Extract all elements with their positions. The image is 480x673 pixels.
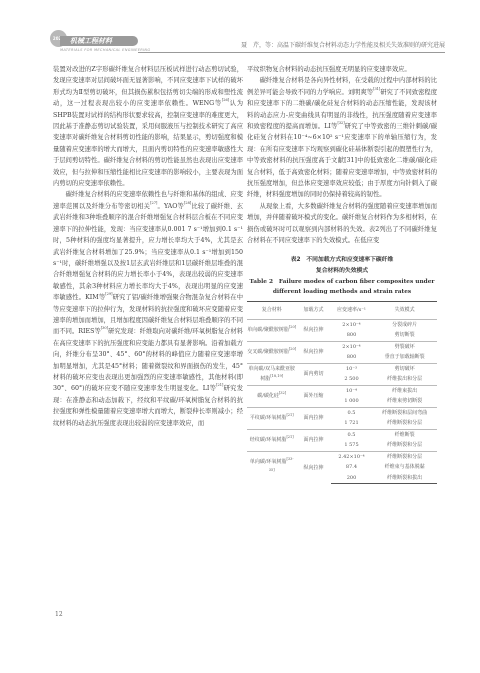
strain-rate-cell: 0.5 [331, 407, 373, 418]
failure-mode-cell: 纤维断裂和分层 [372, 418, 437, 429]
column-header: 复合材料 [247, 301, 296, 319]
failure-mode-cell: 剪切破坏 [372, 363, 437, 374]
paragraph: 从现象上看，大多数碳纤维复合材料的强度随着应变速率增加而增加，并伴随着破坏模式的… [247, 201, 437, 247]
loading-cell: 面内拉伸 [296, 407, 330, 429]
failure-mode-cell: 纤维束拔出 [372, 385, 437, 396]
journal-english-name: MATERIALS FOR MECHANICAL ENGINEERING [60, 48, 151, 52]
right-column: 平纹织物复合材料的动态抗压强度无明显的应变速率效应。 碳纤维复合材料是各向异性材… [247, 64, 437, 484]
citation[interactable]: [32] [337, 121, 344, 125]
citation[interactable]: [32] [279, 391, 286, 395]
material-cell: 单向碳/聚酰胺树脂[20] [247, 319, 296, 341]
table-caption-en: Table 2 Failure modes of carbon fiber co… [247, 277, 437, 298]
strain-rate-cell: 2×10⁻⁴ [331, 341, 373, 352]
strain-rate-cell: 2 500 [331, 374, 373, 385]
failure-mode-cell: 纤维断裂和层间弯曲 [372, 407, 437, 418]
material-cell: 交叉碳/聚酰胺树脂[20] [247, 341, 296, 363]
strain-rate-cell: 1 000 [331, 396, 373, 407]
failure-mode-cell: 垂直于加载轴断裂 [372, 352, 437, 363]
paragraph: 碳纤维复合材料的应变速率依赖性也与纤维和基体的组成、应变速率范围以及纤维分布等密… [53, 189, 243, 429]
table-row: 交叉碳/聚酰胺树脂[20]纵向拉伸2×10⁻⁴劈裂破坏 [247, 341, 437, 352]
strain-rate-cell: 10⁻⁴ [331, 385, 373, 396]
loading-cell: 纵向拉伸 [296, 451, 330, 484]
failure-mode-cell: 分裂成碎片 [372, 319, 437, 330]
column-header: 加载方式 [296, 301, 330, 319]
citation[interactable]: [30] [101, 326, 108, 330]
failure-mode-cell: 纤维断裂和分层 [372, 440, 437, 451]
material-cell: 碳/碳化硅[32] [247, 385, 296, 407]
table-row: 单向碳/环氧树脂[33-35]纵向拉伸2.42×10⁻⁴纤维断裂和分层 [247, 451, 437, 462]
failure-mode-cell: 纤维断裂和拔出 [372, 473, 437, 484]
failure-mode-cell: 纤维拔出和分层 [372, 374, 437, 385]
material-cell: 平纹碳/环氧树脂[21] [247, 407, 296, 429]
loading-cell: 纵向拉伸 [296, 341, 330, 363]
left-column: 装置对改进的Z字形碳纤维复合材料层压板试样进行动态剪切试验，发现应变速率对层间破… [53, 64, 243, 429]
loading-cell: 纵向拉伸 [296, 319, 330, 341]
failure-mode-cell: 剪切断裂 [372, 330, 437, 341]
citation[interactable]: [28] [184, 201, 191, 205]
table-row: 经纹碳/环氧树脂[21]面内拉伸0.5纤维断裂 [247, 429, 437, 440]
strain-rate-cell: 0.5 [331, 429, 373, 440]
citation[interactable]: [21] [216, 383, 223, 387]
table-caption-cn: 表2 不同加载方式和应变速率下碳纤维 复合材料的失效模式 [247, 255, 437, 277]
column-header: 应变速率/s⁻¹ [331, 301, 373, 319]
header-rule [138, 52, 445, 53]
failure-mode-cell: 纤维束剪切断裂 [372, 396, 437, 407]
paragraph: 装置对改进的Z字形碳纤维复合材料层压板试样进行动态剪切试验，发现应变速率对层间破… [53, 64, 243, 189]
strain-rate-cell: 1 721 [331, 418, 373, 429]
failure-mode-cell: 劈裂破坏 [372, 341, 437, 352]
table-row: 单向碳/聚酰胺树脂[20]纵向拉伸2×10⁻⁴分裂成碎片 [247, 319, 437, 330]
paragraph: 碳纤维复合材料是各向异性材料，在受载的过程中内部材料的比例差异可能会导致不同的力… [247, 75, 437, 200]
citation[interactable]: [20] [289, 347, 296, 351]
material-cell: 单向碳/环氧树脂[33-35] [247, 451, 296, 484]
failure-mode-cell: 纤维断裂和分层 [372, 451, 437, 462]
material-cell: 经纹碳/环氧树脂[21] [247, 429, 296, 451]
citation[interactable]: [29] [105, 292, 112, 296]
table-row: 单向碳/双马来酰亚胺树脂[18,19]面内剪切10⁻³剪切破坏 [247, 363, 437, 374]
failure-modes-table: 复合材料 加载方式 应变速率/s⁻¹ 失效模式 单向碳/聚酰胺树脂[20]纵向拉… [247, 301, 437, 485]
strain-rate-cell: 2.42×10⁻⁴ [331, 451, 373, 462]
column-header: 失效模式 [372, 301, 437, 319]
paragraph: 平纹织物复合材料的动态抗压强度无明显的应变速率效应。 [247, 64, 437, 75]
table-row: 碳/碳化硅[32]面外压缩10⁻⁴纤维束拔出 [247, 385, 437, 396]
running-title: 聂 芹，等：高温下碳纤维复合材料动态力学性能及相关失效准则的研究进展 [241, 40, 445, 49]
citation[interactable]: [18,19] [270, 374, 283, 378]
failure-mode-cell: 纤维断裂 [372, 429, 437, 440]
table-header-row: 复合材料 加载方式 应变速率/s⁻¹ 失效模式 [247, 301, 437, 319]
strain-rate-cell: 1 575 [331, 440, 373, 451]
failure-mode-cell: 纤维束与基体脱黏 [372, 462, 437, 473]
page-number: 12 [55, 611, 63, 618]
journal-logo-title: 机械工程材料 [60, 36, 138, 46]
material-cell: 单向碳/双马来酰亚胺树脂[18,19] [247, 363, 296, 385]
citation[interactable]: [31] [373, 87, 380, 91]
loading-cell: 面内剪切 [296, 363, 330, 385]
table-row: 平纹碳/环氧树脂[21]面内拉伸0.5纤维断裂和层间弯曲 [247, 407, 437, 418]
loading-cell: 面外压缩 [296, 385, 330, 407]
loading-cell: 面内拉伸 [296, 429, 330, 451]
citation[interactable]: [27] [150, 201, 157, 205]
strain-rate-cell: 2×10⁻⁴ [331, 319, 373, 330]
strain-rate-cell: 200 [331, 473, 373, 484]
strain-rate-cell: 10⁻³ [331, 363, 373, 374]
strain-rate-cell: 87.4 [331, 462, 373, 473]
page-header: 2024 机械工程材料 MATERIALS FOR MECHANICAL ENG… [50, 28, 445, 58]
strain-rate-cell: 800 [331, 352, 373, 363]
citation[interactable]: [20] [289, 325, 296, 329]
citation[interactable]: [21] [286, 435, 293, 439]
citation[interactable]: [21] [286, 413, 293, 417]
strain-rate-cell: 800 [331, 330, 373, 341]
citation[interactable]: [26] [222, 98, 229, 102]
